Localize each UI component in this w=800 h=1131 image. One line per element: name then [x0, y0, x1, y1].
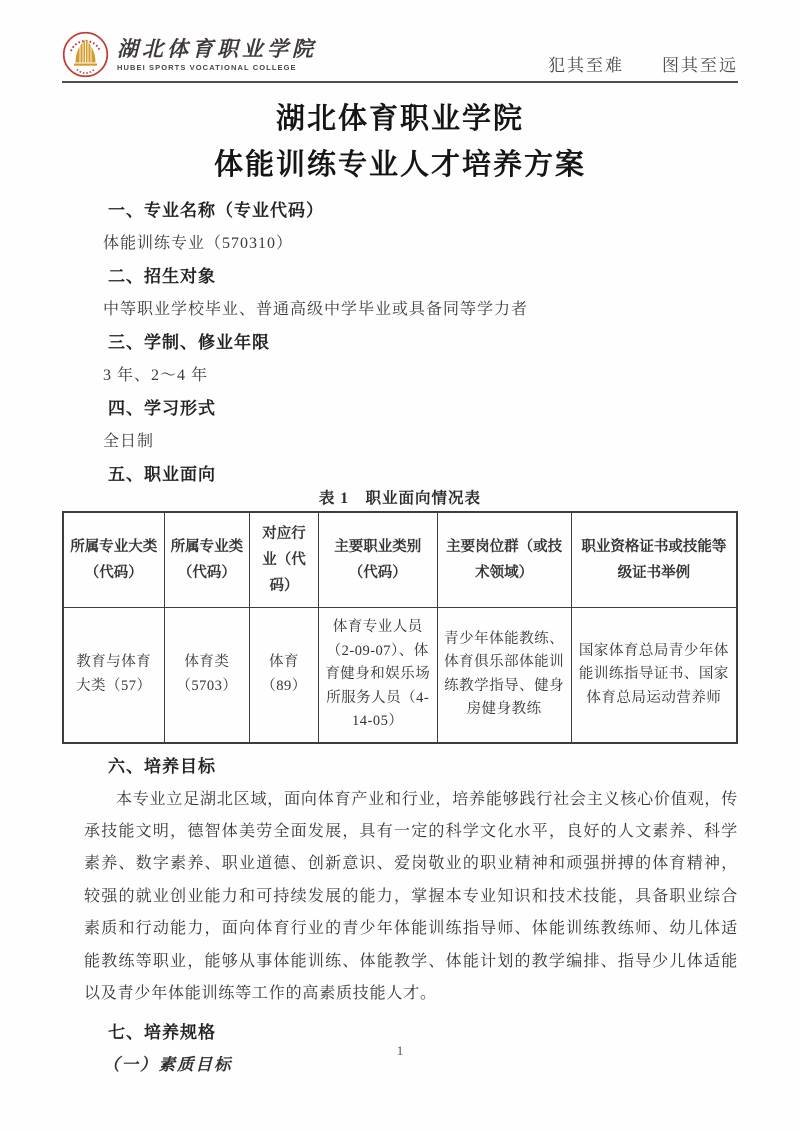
- table-header-cell: 主要岗位群（或技术领域）: [437, 512, 571, 608]
- table-row: 教育与体育大类（57） 体育类（5703） 体育（89） 体育专业人员（2-09…: [63, 608, 737, 743]
- section-heading-6: 六、培养目标: [108, 757, 738, 777]
- section-body-4: 全日制: [103, 432, 738, 452]
- section-heading-3: 三、学制、修业年限: [108, 333, 738, 353]
- section-heading-1: 一、专业名称（专业代码）: [108, 201, 738, 221]
- college-name-block: 湖北体育职业学院 HUBEI SPORTS VOCATIONAL COLLEGE: [117, 37, 317, 72]
- document-title-line1: 湖北体育职业学院: [62, 96, 738, 142]
- table-caption: 表 1 职业面向情况表: [62, 489, 738, 509]
- section-heading-4: 四、学习形式: [108, 399, 738, 419]
- table-cell: 体育（89）: [250, 608, 319, 743]
- document-page: 湖北体育职业学院 HUBEI SPORTS VOCATIONAL COLLEGE…: [0, 0, 800, 1131]
- table-header-cell: 主要职业类别（代码）: [318, 512, 437, 608]
- section-heading-2: 二、招生对象: [108, 267, 738, 287]
- header-divider: [62, 81, 738, 83]
- table-cell: 国家体育总局青少年体能训练指导证书、国家体育总局运动营养师: [571, 608, 737, 743]
- document-title: 湖北体育职业学院 体能训练专业人才培养方案: [62, 96, 738, 188]
- page-number: 1: [0, 1043, 800, 1059]
- table-header-row: 所属专业大类（代码） 所属专业类（代码） 对应行业（代码） 主要职业类别（代码）…: [63, 512, 737, 608]
- table-cell: 青少年体能教练、体育俱乐部体能训练教学指导、健身房健身教练: [437, 608, 571, 743]
- college-name-cn: 湖北体育职业学院: [117, 37, 317, 61]
- document-title-line2: 体能训练专业人才培养方案: [62, 142, 738, 188]
- table-header-cell: 职业资格证书或技能等级证书举例: [571, 512, 737, 608]
- college-seal-icon: [62, 31, 109, 78]
- table-cell: 体育专业人员（2-09-07）、体育健身和娱乐场所服务人员（4-14-05）: [318, 608, 437, 743]
- table-header-cell: 对应行业（代码）: [250, 512, 319, 608]
- section-body-2: 中等职业学校毕业、普通高级中学毕业或具备同等学力者: [103, 300, 738, 320]
- college-name-en: HUBEI SPORTS VOCATIONAL COLLEGE: [117, 63, 317, 72]
- section-heading-7: 七、培养规格: [108, 1023, 738, 1043]
- table-header-cell: 所属专业类（代码）: [164, 512, 250, 608]
- college-motto: 犯其至难 图其至远: [548, 51, 738, 78]
- training-objective-paragraph: 本专业立足湖北区域，面向体育产业和行业，培养能够践行社会主义核心价值观，传承技能…: [84, 784, 738, 1011]
- page-header: 湖北体育职业学院 HUBEI SPORTS VOCATIONAL COLLEGE…: [62, 24, 738, 78]
- college-logo-block: 湖北体育职业学院 HUBEI SPORTS VOCATIONAL COLLEGE: [62, 31, 317, 78]
- table-header-cell: 所属专业大类（代码）: [63, 512, 164, 608]
- table-cell: 体育类（5703）: [164, 608, 250, 743]
- career-orientation-table: 所属专业大类（代码） 所属专业类（代码） 对应行业（代码） 主要职业类别（代码）…: [62, 511, 738, 744]
- table-cell: 教育与体育大类（57）: [63, 608, 164, 743]
- section-body-1: 体能训练专业（570310）: [103, 234, 738, 254]
- section-body-3: 3 年、2～4 年: [103, 366, 738, 386]
- section-heading-5: 五、职业面向: [108, 465, 738, 485]
